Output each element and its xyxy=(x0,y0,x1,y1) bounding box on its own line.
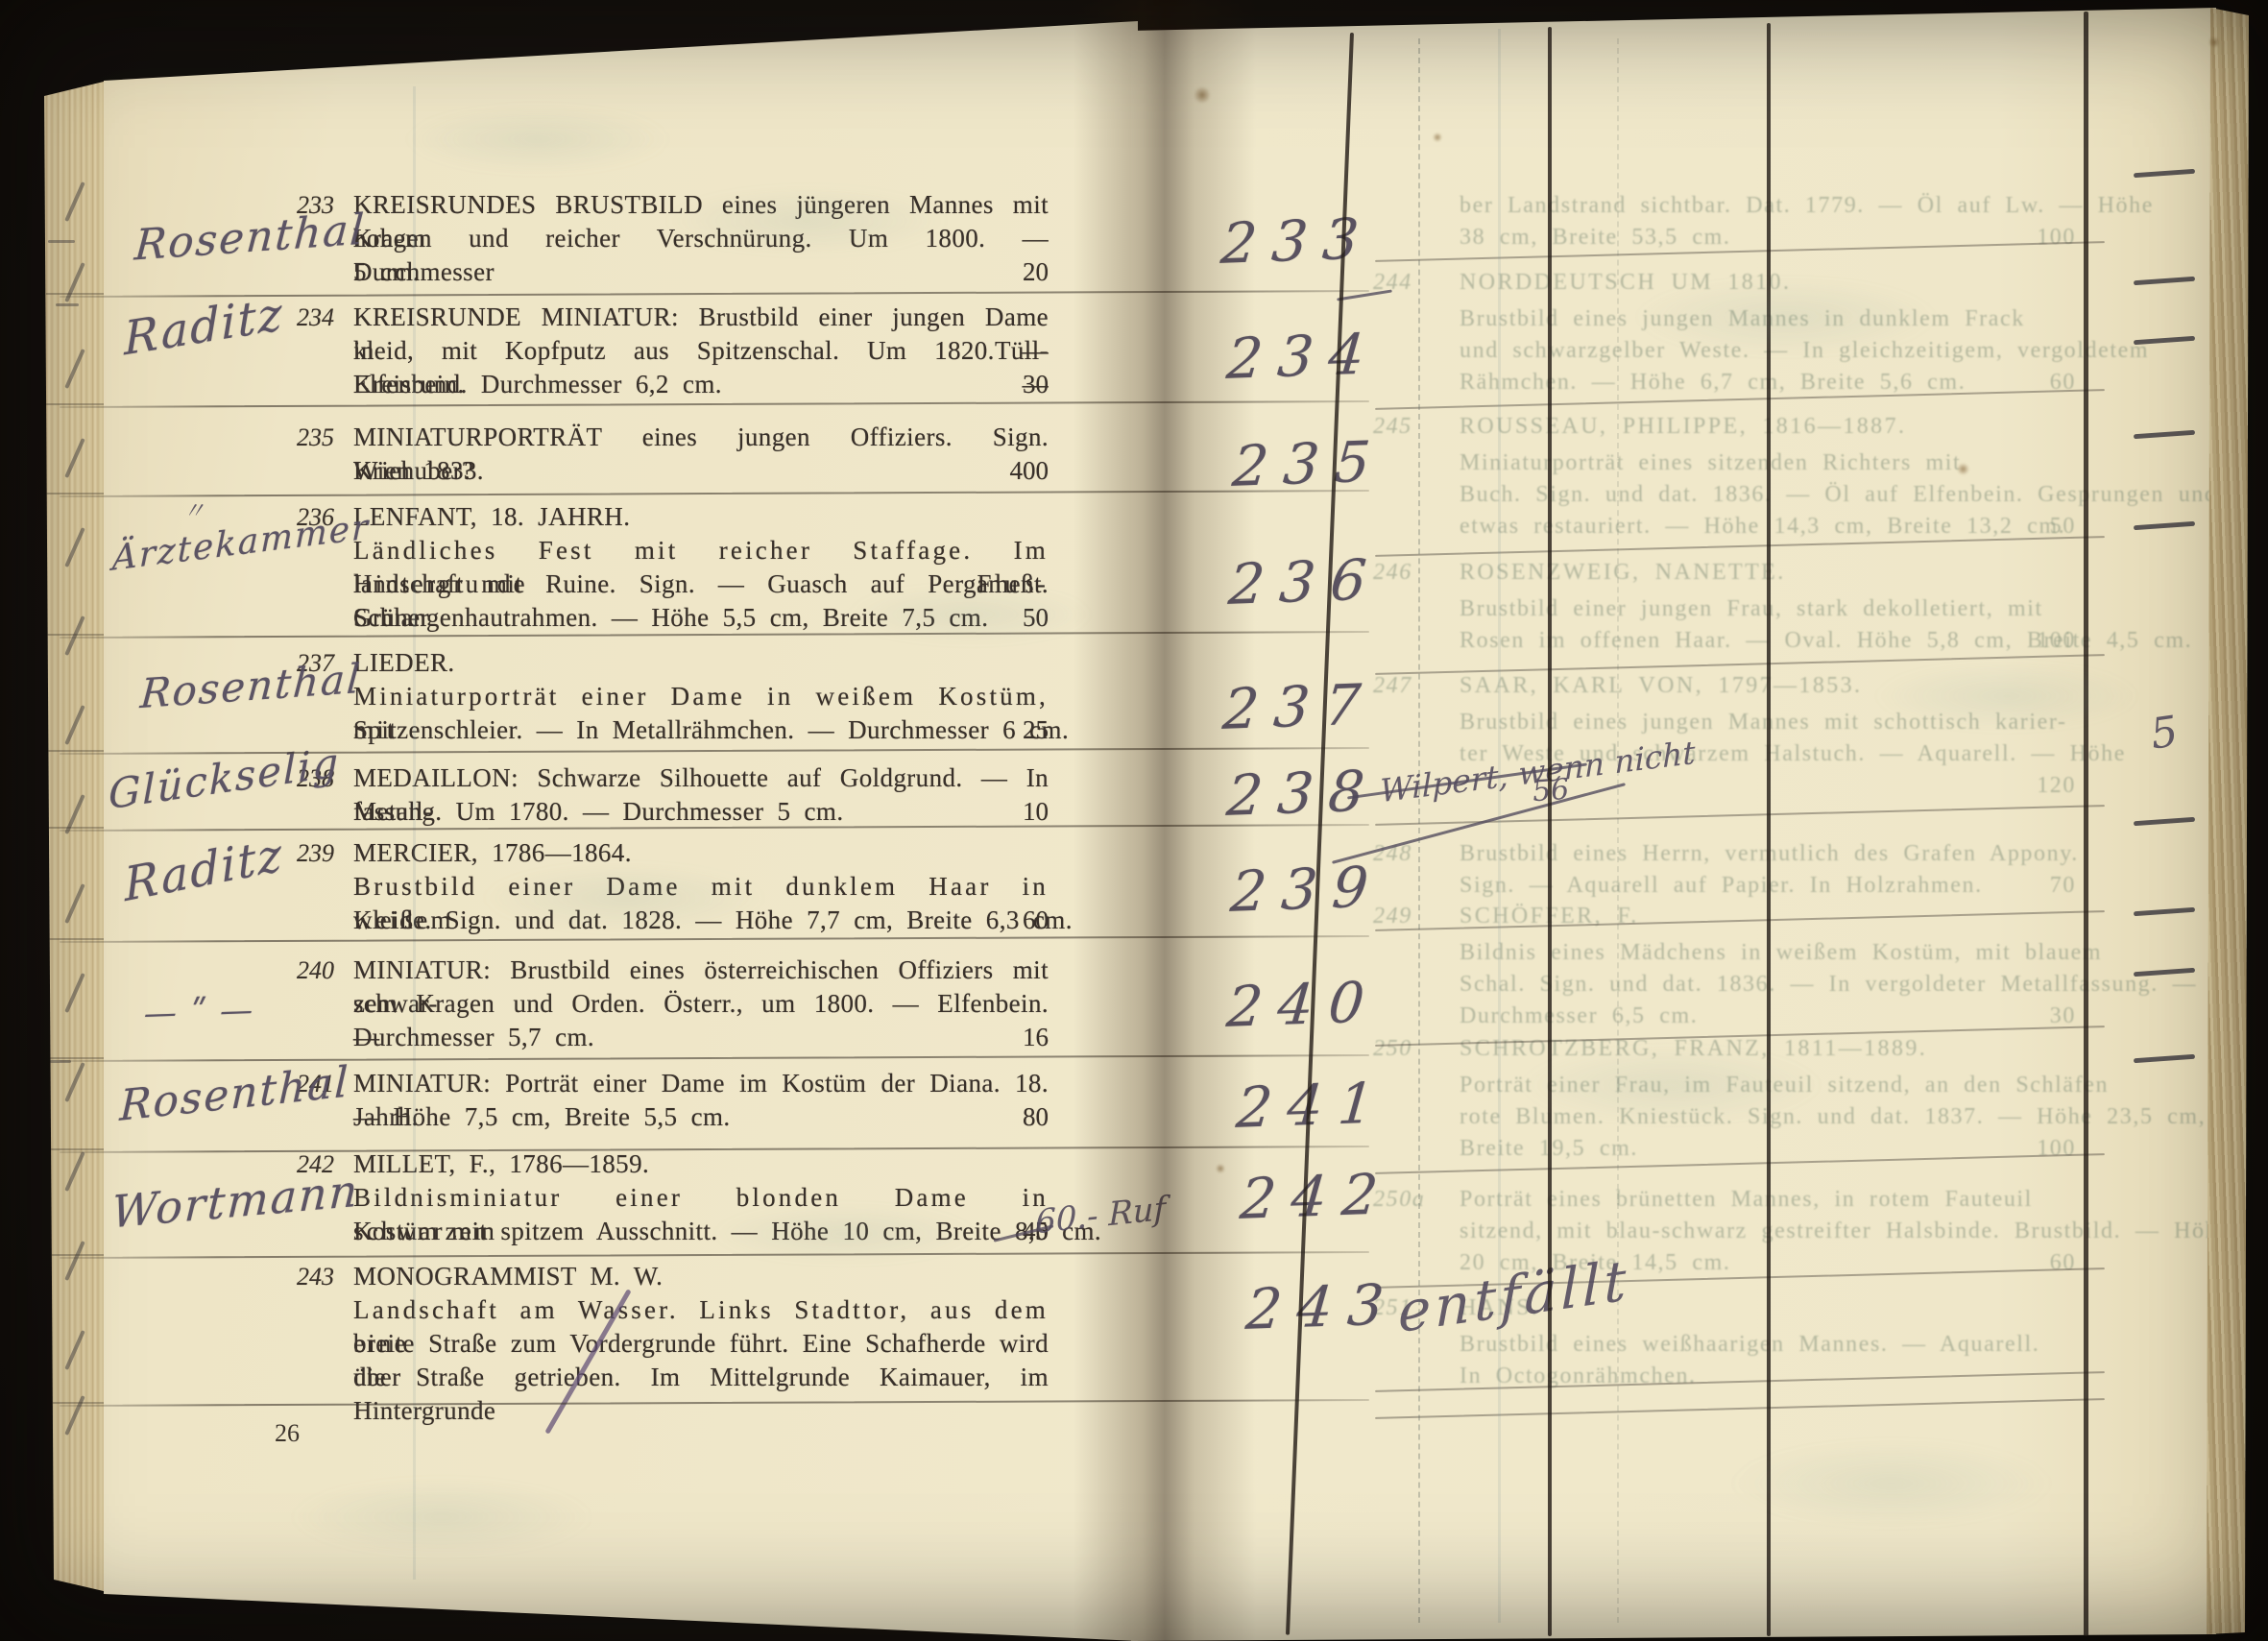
tally-dash-mark xyxy=(2134,968,2195,977)
entry-separator-rule xyxy=(60,747,1369,755)
tally-dash-mark xyxy=(2134,907,2195,916)
tally-dash-mark xyxy=(2134,336,2195,345)
bleed-through-smudge xyxy=(288,1479,595,1556)
book-spread-photo: 26 233KREISRUNDES BRUSTBILD eines jünger… xyxy=(0,0,2268,1641)
entry-separator-rule xyxy=(60,1146,1369,1153)
bleed-through-smudge xyxy=(1632,278,1940,355)
ledger-lot-number: 238 xyxy=(1224,758,1383,829)
foxing-spot xyxy=(1957,463,1969,475)
right-margin-number: 5 xyxy=(2148,707,2182,759)
tally-dash-mark xyxy=(2134,521,2195,530)
tally-dash-mark xyxy=(2134,430,2195,439)
bleed-through-smudge xyxy=(663,187,951,254)
ledger-lot-number: 239 xyxy=(1228,854,1387,925)
foxing-spot xyxy=(1216,1164,1225,1173)
ledger-lot-number: 236 xyxy=(1226,546,1385,617)
tally-dash-mark xyxy=(2134,169,2195,178)
entry-separator-rule xyxy=(60,290,1369,298)
bleed-through-smudge xyxy=(1872,663,2141,730)
tally-dash-mark xyxy=(2134,277,2195,285)
ledger-lot-number: 243 xyxy=(1243,1271,1402,1342)
entry-separator-rule xyxy=(60,935,1369,943)
foxing-spot xyxy=(1194,86,1211,104)
tally-dash-mark xyxy=(2134,817,2195,826)
entry-separator-rule xyxy=(60,490,1369,497)
bleed-through-smudge xyxy=(1728,1440,2055,1527)
ledger-vertical-rule xyxy=(1767,23,1771,1636)
ledger-lot-number: 242 xyxy=(1238,1161,1396,1232)
entry-separator-rule xyxy=(60,631,1369,639)
ledger-lot-number: 233 xyxy=(1218,205,1377,277)
entry-separator-rule xyxy=(60,1399,1369,1407)
entry-separator-rule xyxy=(60,824,1369,832)
ledger-vertical-rule xyxy=(2084,12,2088,1636)
ledger-lot-number: 235 xyxy=(1230,428,1388,499)
handwritten-note-entfaellt: entfällt xyxy=(1398,1247,1629,1346)
foxing-spot xyxy=(1433,133,1442,142)
ledger-lot-number: 234 xyxy=(1224,321,1383,392)
ledger-vertical-rule xyxy=(1548,27,1552,1636)
ledger-lot-number: 241 xyxy=(1234,1070,1392,1141)
handwritten-note-ruf: 60.- Ruf xyxy=(1035,1190,1166,1242)
faint-column-guide xyxy=(1418,38,1420,1623)
bleed-through-smudge xyxy=(845,586,1095,643)
bleed-through-smudge xyxy=(711,1205,979,1263)
faint-column-guide xyxy=(1617,38,1619,1623)
ledger-lot-number: 240 xyxy=(1224,969,1383,1040)
bleed-through-smudge xyxy=(480,864,768,931)
annotation-overlay: Wilpert, wenn nicht 56 entfällt 60.- Ruf… xyxy=(0,0,2268,1641)
entry-separator-rule xyxy=(60,1054,1369,1062)
tally-dash-mark xyxy=(2134,1054,2195,1063)
ledger-lot-number: 237 xyxy=(1220,671,1379,742)
bleed-through-smudge xyxy=(403,106,672,173)
entry-separator-rule xyxy=(60,1251,1369,1259)
entry-separator-rule xyxy=(60,400,1369,408)
foxing-spot xyxy=(2208,36,2220,48)
bleed-through-smudge xyxy=(1517,1047,1824,1123)
